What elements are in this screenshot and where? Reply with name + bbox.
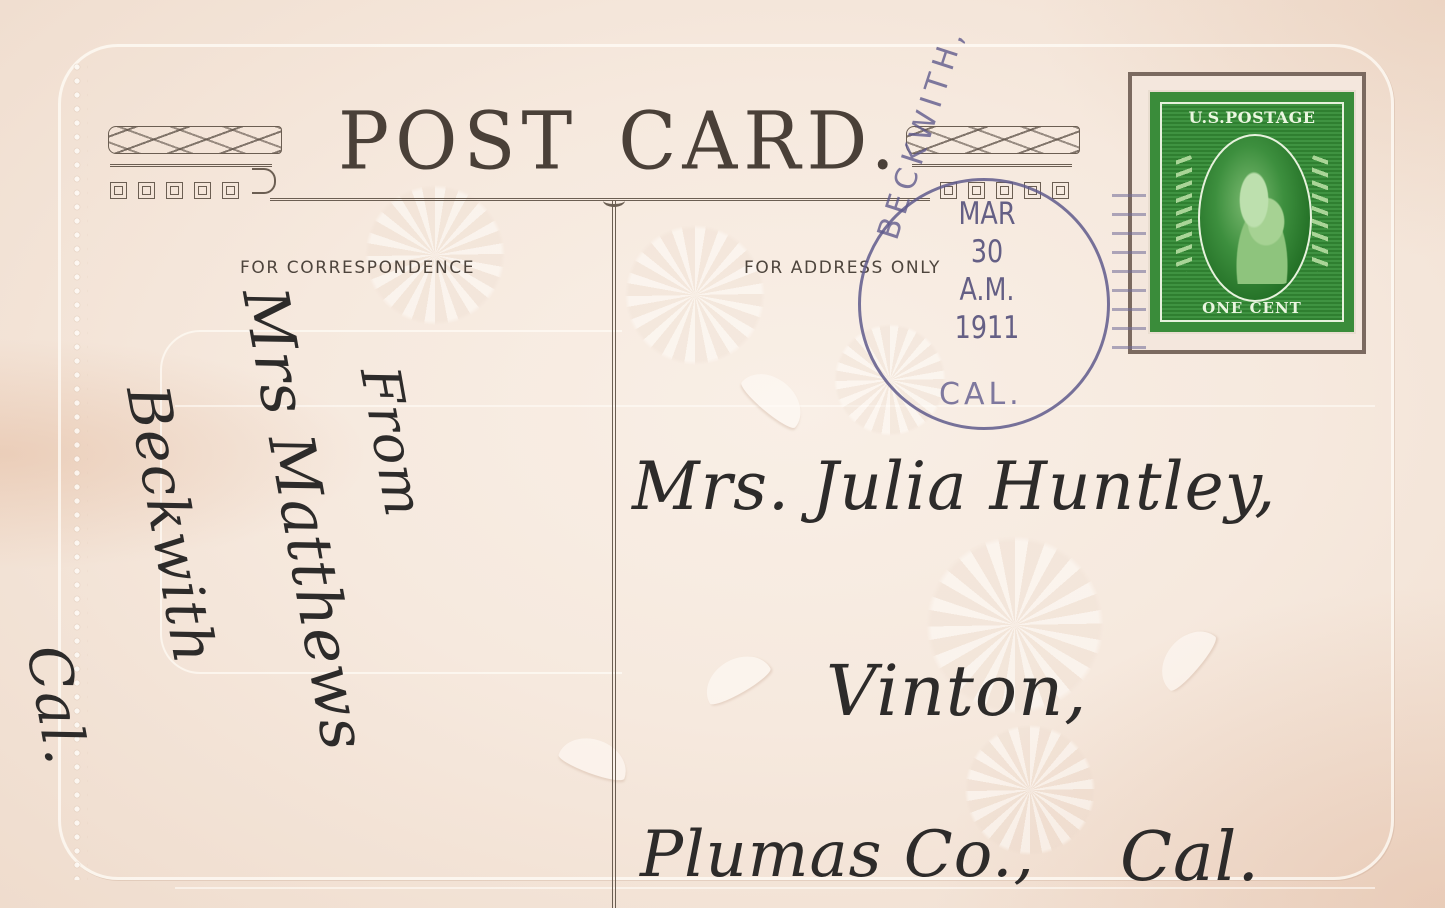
recipient-name: Mrs. Julia Huntley, xyxy=(632,448,1276,525)
title-word-card: CARD. xyxy=(618,94,901,187)
vertical-divider xyxy=(612,200,616,908)
portrait-oval xyxy=(1198,134,1312,302)
postmark-day: 30 xyxy=(946,237,1028,268)
box-ornament-left xyxy=(110,182,239,199)
laurel-wreath-icon xyxy=(1312,152,1328,272)
cancellation-bars xyxy=(1112,178,1146,358)
rule-top-right xyxy=(912,164,1072,167)
postcard-back: POSTCARD. FOR CORRESPONDENCE FOR ADDRESS… xyxy=(0,0,1445,908)
recipient-town: Vinton, xyxy=(826,650,1087,732)
postage-stamp: U.S.POSTAGE ONE CENT xyxy=(1150,92,1354,332)
postmark-year: 1911 xyxy=(946,313,1028,344)
postmark: BECKWITH, MAR 30 A.M. 1911 CAL. xyxy=(858,178,1110,430)
title-word-post: POST xyxy=(338,94,578,187)
postmark-time: A.M. xyxy=(946,275,1028,306)
stamp-denomination: ONE CENT xyxy=(1162,299,1342,317)
recipient-state: Cal. xyxy=(1120,818,1260,897)
correspondence-label: FOR CORRESPONDENCE xyxy=(240,258,475,278)
recipient-county: Plumas Co., xyxy=(640,818,1035,892)
laurel-wreath-icon xyxy=(1176,152,1192,272)
embossed-flower xyxy=(360,180,510,330)
postcard-title: POSTCARD. xyxy=(338,94,901,187)
embossed-flower xyxy=(620,220,770,370)
stamp-top-text: U.S.POSTAGE xyxy=(1162,108,1342,127)
header-rule xyxy=(270,198,930,201)
rule-top-left xyxy=(110,164,272,167)
postmark-month: MAR xyxy=(946,199,1028,230)
franklin-portrait-icon xyxy=(1218,164,1298,284)
scroll-ornament-left xyxy=(252,168,276,194)
laurel-ornament-left xyxy=(108,126,282,154)
postmark-state: CAL. xyxy=(939,377,1023,412)
